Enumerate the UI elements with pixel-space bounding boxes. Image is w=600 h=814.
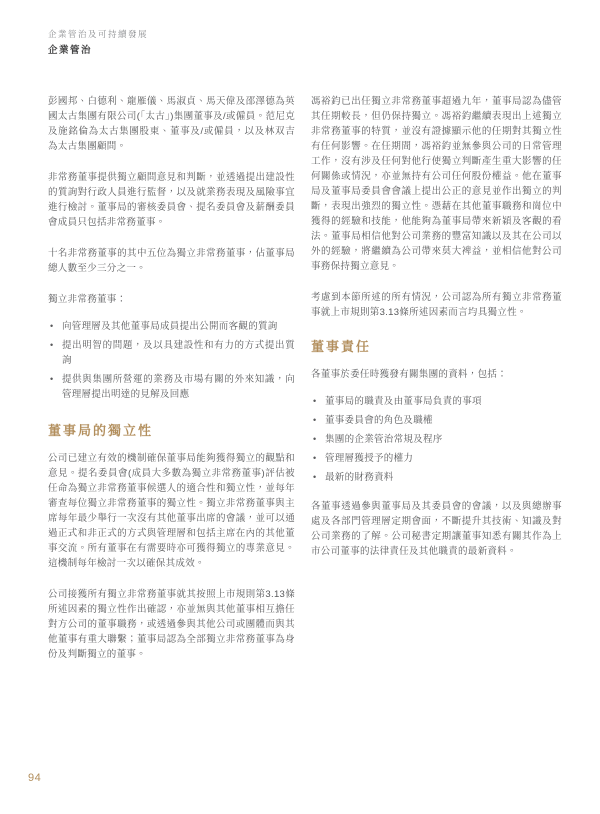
paragraph: 公司已建立有效的機制確保董事局能夠獲得獨立的觀點和意見。提名委員會(成員大多數為… <box>48 451 295 571</box>
ined-qualities-list: • 向管理層及其他董事局成員提出公開而客觀的質詢 • 提出明智的問題，及以具建設… <box>48 319 295 402</box>
paragraph: 公司接獲所有獨立非常務董事就其按照上市規則第3.13條所述因素的獨立性作出確認，… <box>48 587 295 662</box>
right-column: 馮裕鈞已出任獨立非常務董事超過九年，董事局認為儘管其任期較長，但仍保持獨立。馮裕… <box>311 94 562 678</box>
list-item: • 最新的財務資料 <box>311 470 562 485</box>
paragraph: 非常務董事提供獨立顧問意見和判斷，並透過提出建設性的質詢對行政人員進行監督，以及… <box>48 170 295 230</box>
bullet-icon: • <box>48 372 62 402</box>
bullet-icon: • <box>48 319 62 334</box>
list-item: • 集團的企業管治常規及程序 <box>311 432 562 447</box>
bullet-icon: • <box>48 338 62 368</box>
bullet-icon: • <box>311 470 325 485</box>
list-item-text: 集團的企業管治常規及程序 <box>325 432 443 447</box>
list-item-text: 董事委員會的角色及職權 <box>325 413 433 428</box>
page-title: 企業管治 <box>48 44 562 58</box>
paragraph: 考慮到本節所述的所有情況，公司認為所有獨立非常務董事就上市規則第3.13條所述因… <box>311 290 562 320</box>
list-item-text: 董事局的職責及由董事局負責的事項 <box>325 394 482 409</box>
page-number: 94 <box>28 772 41 784</box>
bullet-icon: • <box>311 413 325 428</box>
bullet-icon: • <box>311 394 325 409</box>
list-item: • 管理層獲授予的權力 <box>311 451 562 466</box>
bullet-icon: • <box>311 451 325 466</box>
list-item: • 向管理層及其他董事局成員提出公開而客觀的質詢 <box>48 319 295 334</box>
list-item: • 董事委員會的角色及職權 <box>311 413 562 428</box>
paragraph: 馮裕鈞已出任獨立非常務董事超過九年，董事局認為儘管其任期較長，但仍保持獨立。馮裕… <box>311 94 562 274</box>
list-item-text: 提供與集團所營運的業務及市場有關的外來知識，向管理層提出明達的見解及回應 <box>62 372 295 402</box>
document-page: 企業管治及可持續發展 企業管治 彭國邦、白德利、龍雁儀、馬淑貞、馬天偉及邵澤德為… <box>0 0 600 814</box>
section-heading-board-independence: 董事局的獨立性 <box>48 420 295 439</box>
list-intro: 獨立非常務董事： <box>48 292 295 307</box>
paragraph: 各董事透過參與董事局及其委員會的會議，以及與總辦事處及各部門管理層定期會面，不斷… <box>311 499 562 559</box>
paragraph: 彭國邦、白德利、龍雁儀、馬淑貞、馬天偉及邵澤德為英國太古集團有限公司(「太古」)… <box>48 94 295 154</box>
list-item: • 提供與集團所營運的業務及市場有關的外來知識，向管理層提出明達的見解及回應 <box>48 372 295 402</box>
list-item: • 董事局的職責及由董事局負責的事項 <box>311 394 562 409</box>
section-eyebrow: 企業管治及可持續發展 <box>48 28 562 41</box>
section-heading-directors-responsibilities: 董事責任 <box>311 336 562 355</box>
bullet-icon: • <box>311 432 325 447</box>
list-intro: 各董事於委任時獲發有關集團的資料，包括： <box>311 367 562 382</box>
left-column: 彭國邦、白德利、龍雁儀、馬淑貞、馬天偉及邵澤德為英國太古集團有限公司(「太古」)… <box>48 94 295 678</box>
appointment-info-list: • 董事局的職責及由董事局負責的事項 • 董事委員會的角色及職權 • 集團的企業… <box>311 394 562 485</box>
list-item-text: 管理層獲授予的權力 <box>325 451 413 466</box>
page-header: 企業管治及可持續發展 企業管治 <box>48 28 562 58</box>
two-column-layout: 彭國邦、白德利、龍雁儀、馬淑貞、馬天偉及邵澤德為英國太古集團有限公司(「太古」)… <box>48 94 562 678</box>
list-item-text: 提出明智的問題，及以具建設性和有力的方式提出質詢 <box>62 338 295 368</box>
list-item-text: 最新的財務資料 <box>325 470 394 485</box>
list-item: • 提出明智的問題，及以具建設性和有力的方式提出質詢 <box>48 338 295 368</box>
paragraph: 十名非常務董事的其中五位為獨立非常務董事，佔董事局總人數至少三分之一。 <box>48 246 295 276</box>
list-item-text: 向管理層及其他董事局成員提出公開而客觀的質詢 <box>62 319 278 334</box>
